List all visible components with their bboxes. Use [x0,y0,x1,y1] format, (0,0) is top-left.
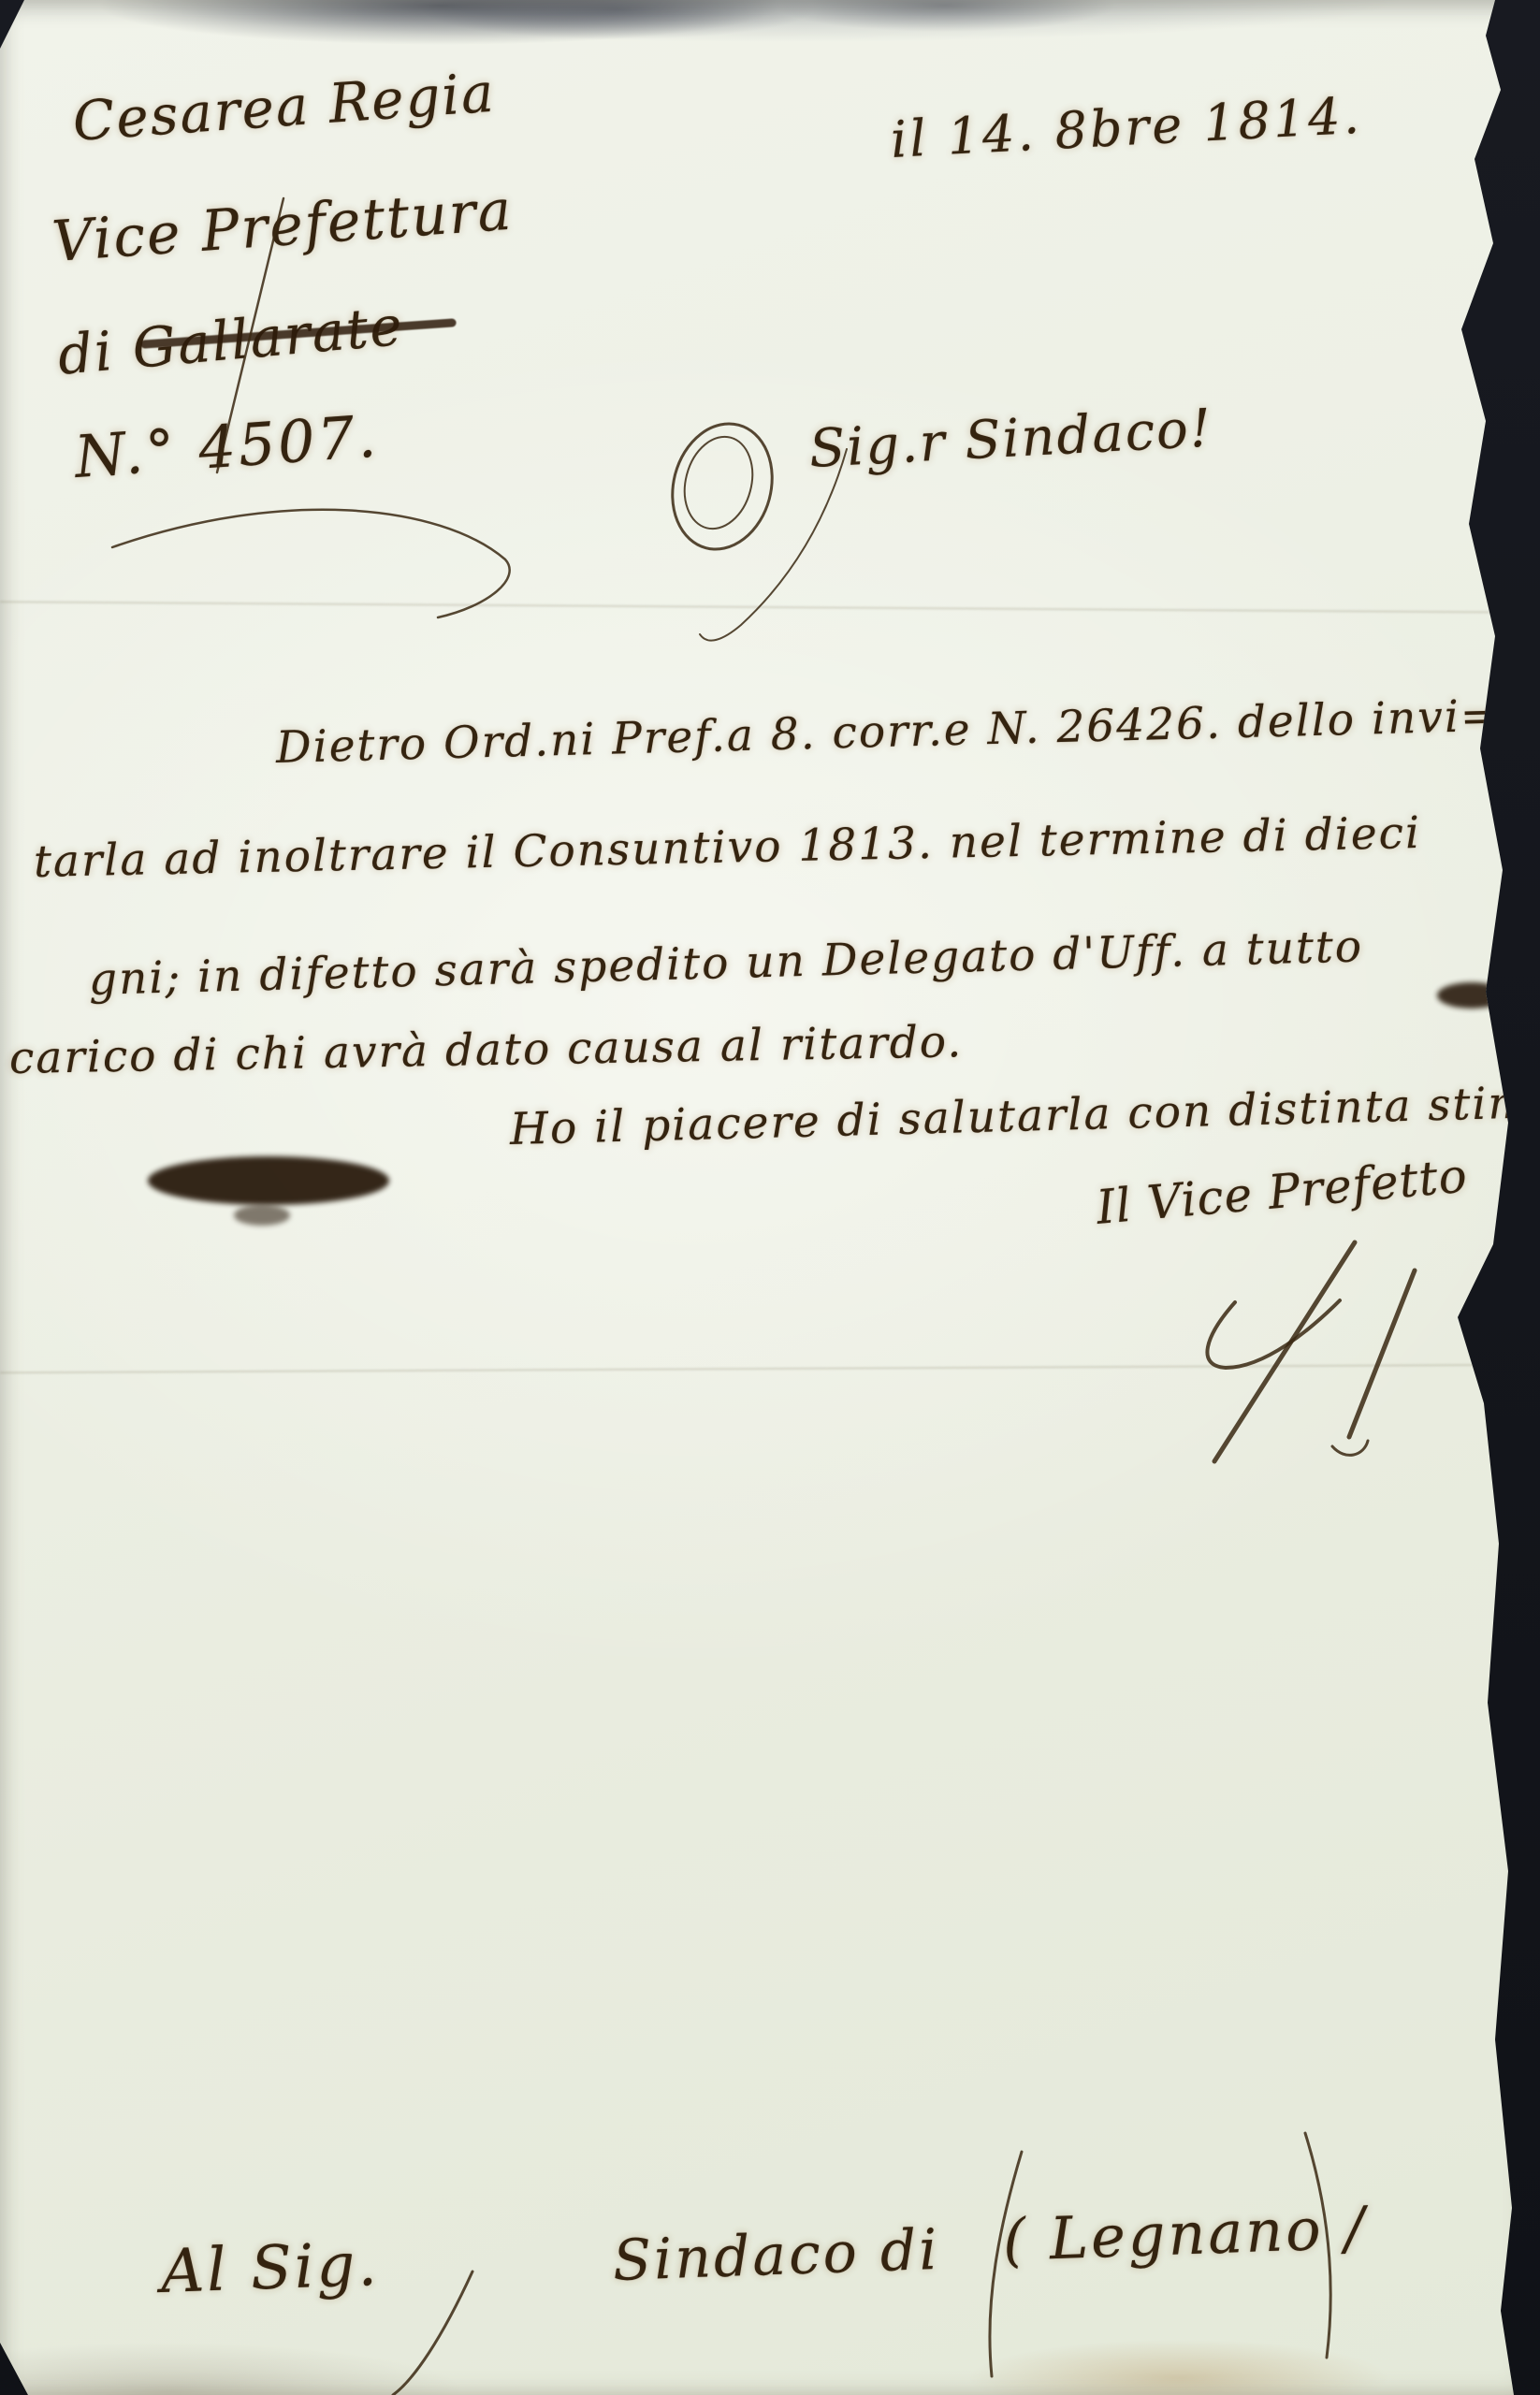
footer-paren-stroke [990,2152,1022,2376]
manuscript-page: Cesarea Regia Vice Prefettura di Gallara… [0,0,1540,2395]
pen-flourishes [0,0,1540,2395]
letterhead-slash-flourish [217,198,283,472]
signature-paraph-stroke [1214,1242,1355,1461]
letterhead-underline-flourish [112,510,510,617]
signature-paraph [1207,1300,1340,1368]
salutation-flourish-o [659,413,786,560]
signature-paraph-hook [1332,1441,1368,1455]
photo-backdrop: Cesarea Regia Vice Prefettura di Gallara… [0,0,1540,2395]
footer-paren-stroke [1305,2133,1330,2358]
footer-descender-flourish [393,2272,472,2395]
signature-paraph-stroke [1349,1270,1415,1437]
